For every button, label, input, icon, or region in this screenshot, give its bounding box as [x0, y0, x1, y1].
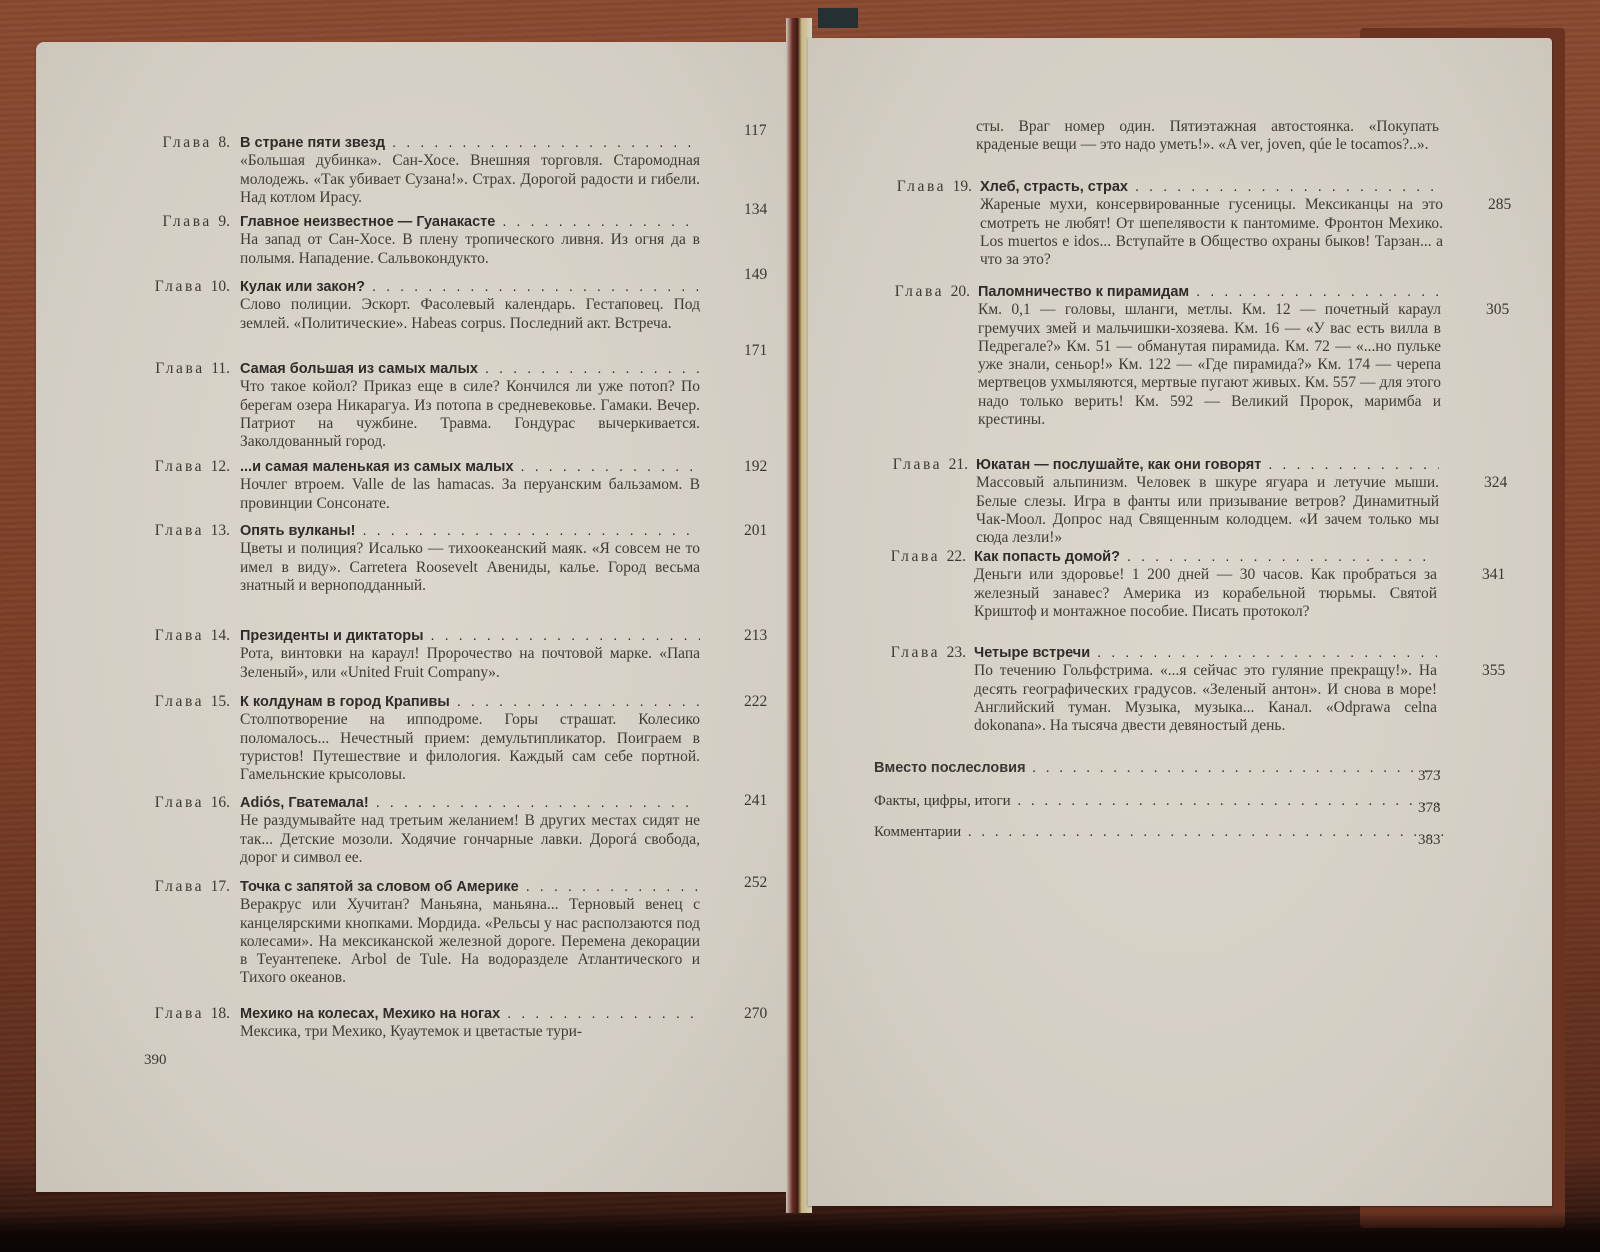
chapter-title[interactable]: Юкатан — послушайте, как они говорят — [976, 456, 1439, 474]
page-number: 305 — [1486, 301, 1509, 319]
page-number: 149 — [744, 266, 767, 284]
chapter-summary: Веракрус или Хучитан? Маньяна, маньяна..… — [240, 896, 700, 987]
chapter-title[interactable]: Опять вулканы! — [240, 522, 700, 540]
chapter-title[interactable]: В стране пяти звезд — [240, 134, 700, 152]
chapter-label: Глава 8. — [136, 134, 230, 152]
page-number: 222 — [744, 693, 767, 711]
page-number: 383 — [1418, 832, 1441, 849]
page-number: 341 — [1482, 566, 1505, 584]
chapter-summary: «Большая дубинка». Сан-Хосе. Внешняя тор… — [240, 152, 700, 207]
chapter-label: Глава 9. — [136, 213, 230, 231]
chapter-title[interactable]: Хлеб, страсть, страх — [980, 178, 1443, 196]
chapter-summary: Мексика, три Мехико, Куаутемок и цветаст… — [240, 1023, 700, 1041]
table-edge-shadow — [0, 1212, 1600, 1252]
chapter-label: Глава 23. — [872, 644, 966, 662]
toc-entry-afterword[interactable]: Вместо послесловия . . . . . . . . . . .… — [874, 760, 1444, 777]
page-number: 171 — [744, 342, 767, 360]
chapter-label: Глава 12. — [136, 458, 230, 476]
chapter-title[interactable]: Президенты и диктаторы — [240, 627, 700, 645]
chapter-label: Глава 19. — [878, 178, 972, 196]
chapter-title[interactable]: К колдунам в город Крапивы — [240, 693, 700, 711]
page-number: 373 — [1418, 768, 1441, 785]
chapter-label: Глава 16. — [136, 794, 230, 812]
chapter-title[interactable]: Как попасть домой? — [974, 548, 1437, 566]
page-number: 285 — [1488, 196, 1511, 214]
page-number: 201 — [744, 522, 767, 540]
left-page-table-of-contents: Глава 8. В стране пяти звезд«Большая дуб… — [36, 42, 790, 1192]
chapter-title[interactable]: Кулак или закон? — [240, 278, 700, 296]
page-number: 378 — [1418, 800, 1441, 817]
page-number: 324 — [1484, 474, 1507, 492]
toc-entry-facts-figures[interactable]: Факты, цифры, итоги . . . . . . . . . . … — [874, 793, 1444, 810]
right-page-table-of-contents: сты. Враг номер один. Пятиэтажная автост… — [808, 38, 1552, 1206]
chapter-title[interactable]: Самая большая из самых малых — [240, 360, 700, 378]
page-folio-number: 390 — [144, 1052, 167, 1069]
toc-entry-commentary[interactable]: Комментарии . . . . . . . . . . . . . . … — [874, 824, 1444, 841]
chapter-summary: Столпотворение на ипподроме. Горы страша… — [240, 711, 700, 784]
chapter-summary: Цветы и полиция? Исалько — тихоокеанский… — [240, 540, 700, 595]
chapter-summary: Слово полиции. Эскорт. Фасолевый календа… — [240, 296, 700, 333]
page-number: 192 — [744, 458, 767, 476]
chapter-summary: Ночлег втроем. Valle de las hamacas. За … — [240, 476, 700, 513]
chapter-summary: Массовый альпинизм. Человек в шкуре ягуа… — [976, 474, 1439, 547]
chapter-18-summary-continuation: сты. Враг номер один. Пятиэтажная автост… — [976, 118, 1439, 155]
chapter-summary: На запад от Сан-Хосе. В плену тропическо… — [240, 231, 700, 268]
chapter-summary: Жареные мухи, консервированные гусеницы.… — [980, 196, 1443, 269]
page-number: 270 — [744, 1005, 767, 1023]
page-number: 117 — [744, 122, 767, 140]
chapter-summary: Не раздумывайте над третьим желанием! В … — [240, 812, 700, 867]
book-headband — [818, 8, 858, 28]
page-number: 241 — [744, 792, 767, 810]
page-number: 213 — [744, 627, 767, 645]
chapter-title[interactable]: Главное неизвестное — Гуанакасте — [240, 213, 700, 231]
chapter-label: Глава 22. — [872, 548, 966, 566]
chapter-title[interactable]: Мехико на колесах, Мехико на ногах — [240, 1005, 700, 1023]
chapter-summary: Рота, винтовки на караул! Пророчество на… — [240, 645, 700, 682]
chapter-label: Глава 20. — [876, 283, 970, 301]
chapter-title[interactable]: Точка с запятой за словом об Америке — [240, 878, 700, 896]
chapter-label: Глава 11. — [136, 360, 230, 378]
chapter-summary: Деньги или здоровье! 1 200 дней — 30 час… — [974, 566, 1437, 621]
page-number: 134 — [744, 201, 767, 219]
chapter-label: Глава 21. — [874, 456, 968, 474]
chapter-title[interactable]: Adiós, Гватемала! — [240, 794, 700, 812]
chapter-label: Глава 17. — [136, 878, 230, 896]
chapter-label: Глава 10. — [136, 278, 230, 296]
chapter-label: Глава 13. — [136, 522, 230, 540]
chapter-label: Глава 18. — [136, 1005, 230, 1023]
chapter-summary: По течению Гольфстрима. «...я сейчас это… — [974, 662, 1437, 735]
chapter-summary: Что такое койол? Приказ еще в силе? Конч… — [240, 378, 700, 451]
chapter-title[interactable]: Четыре встречи — [974, 644, 1437, 662]
page-number: 252 — [744, 874, 767, 892]
chapter-title[interactable]: ...и самая маленькая из самых малых — [240, 458, 700, 476]
page-number: 355 — [1482, 662, 1505, 680]
chapter-label: Глава 14. — [136, 627, 230, 645]
chapter-summary: Км. 0,1 — головы, шланги, метлы. Км. 12 … — [978, 301, 1441, 429]
chapter-title[interactable]: Паломничество к пирамидам — [978, 283, 1441, 301]
chapter-label: Глава 15. — [136, 693, 230, 711]
